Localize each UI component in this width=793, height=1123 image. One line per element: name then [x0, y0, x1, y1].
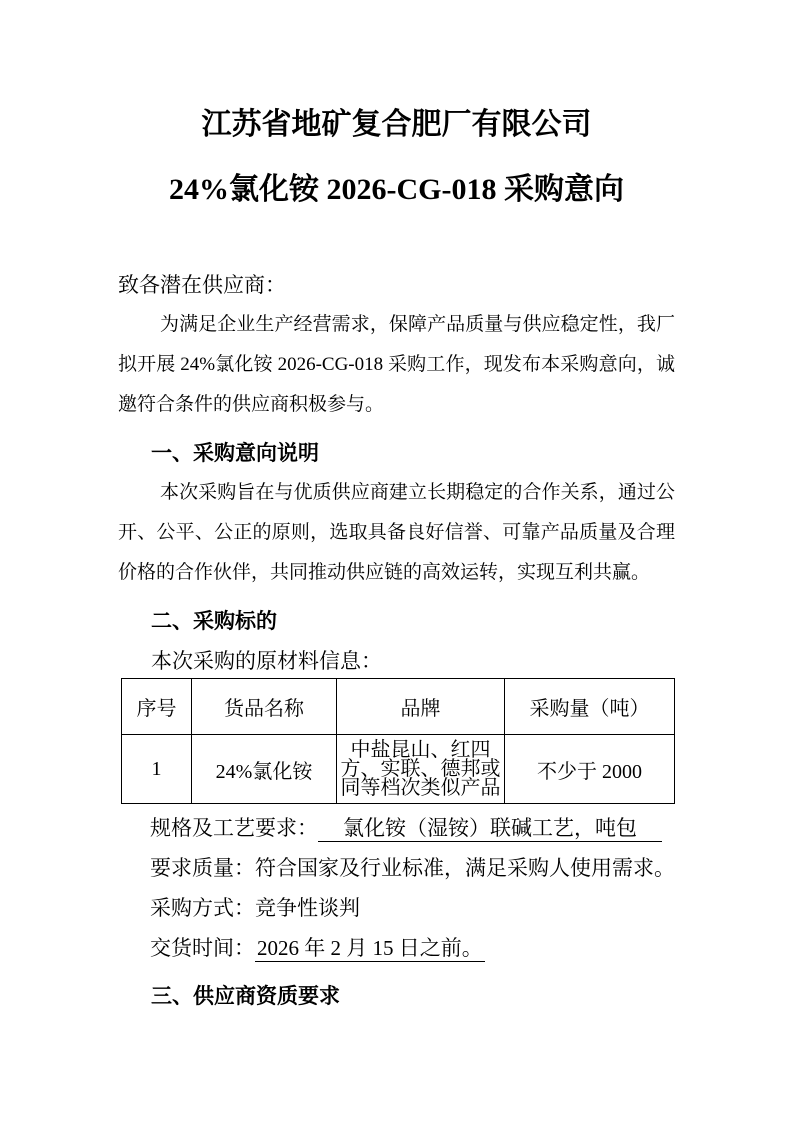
quality-value: 符合国家及行业标准，满足采购人使用需求。 [255, 856, 675, 880]
spec-value-underlined: 氯化铵（湿铵）联碱工艺，吨包 [318, 815, 662, 842]
cell-goods: 24%氯化铵 [192, 735, 337, 804]
method-label: 采购方式： [150, 896, 255, 920]
field-lines: 规格及工艺要求：氯化铵（湿铵）联碱工艺，吨包 要求质量：符合国家及行业标准，满足… [118, 808, 675, 968]
spec-label: 规格及工艺要求： [150, 816, 318, 840]
spec-line: 规格及工艺要求：氯化铵（湿铵）联碱工艺，吨包 [118, 808, 675, 848]
cell-quantity: 不少于 2000 [505, 735, 675, 804]
cell-seq: 1 [122, 735, 192, 804]
salutation: 致各潜在供应商： [118, 265, 675, 305]
col-header-brand: 品牌 [337, 679, 505, 735]
table-row: 1 24%氯化铵 中盐昆山、红四方、实联、德邦或同等档次类似产品 不少于 200… [122, 735, 675, 804]
section1-paragraph: 本次采购旨在与优质供应商建立长期稳定的合作关系，通过公开、公平、公正的原则，选取… [118, 473, 675, 593]
document-page: 江苏省地矿复合肥厂有限公司 24%氯化铵 2026-CG-018 采购意向 致各… [0, 0, 793, 1123]
quality-label: 要求质量： [150, 856, 255, 880]
col-header-goods: 货品名称 [192, 679, 337, 735]
delivery-line: 交货时间：2026 年 2 月 15 日之前。 [118, 928, 675, 968]
col-header-seq: 序号 [122, 679, 192, 735]
col-header-quantity: 采购量（吨） [505, 679, 675, 735]
method-line: 采购方式：竞争性谈判 [118, 888, 675, 928]
quality-line: 要求质量：符合国家及行业标准，满足采购人使用需求。 [118, 848, 675, 888]
intro-paragraph: 为满足企业生产经营需求，保障产品质量与供应稳定性，我厂拟开展 24%氯化铵 20… [118, 305, 675, 425]
doc-title-line2: 24%氯化铵 2026-CG-018 采购意向 [118, 173, 675, 207]
table-intro: 本次采购的原材料信息： [118, 641, 675, 681]
section1-heading: 一、采购意向说明 [118, 433, 675, 473]
cell-brand: 中盐昆山、红四方、实联、德邦或同等档次类似产品 [337, 735, 505, 804]
section3-heading: 三、供应商资质要求 [118, 976, 675, 1016]
materials-table: 序号 货品名称 品牌 采购量（吨） 1 24%氯化铵 中盐昆山、红四方、实联、德… [121, 678, 675, 804]
section2-heading: 二、采购标的 [118, 601, 675, 641]
doc-title-line1: 江苏省地矿复合肥厂有限公司 [118, 108, 675, 142]
method-value: 竞争性谈判 [255, 896, 360, 920]
table-header-row: 序号 货品名称 品牌 采购量（吨） [122, 679, 675, 735]
delivery-label: 交货时间： [150, 936, 255, 960]
delivery-value-underlined: 2026 年 2 月 15 日之前。 [255, 935, 485, 962]
